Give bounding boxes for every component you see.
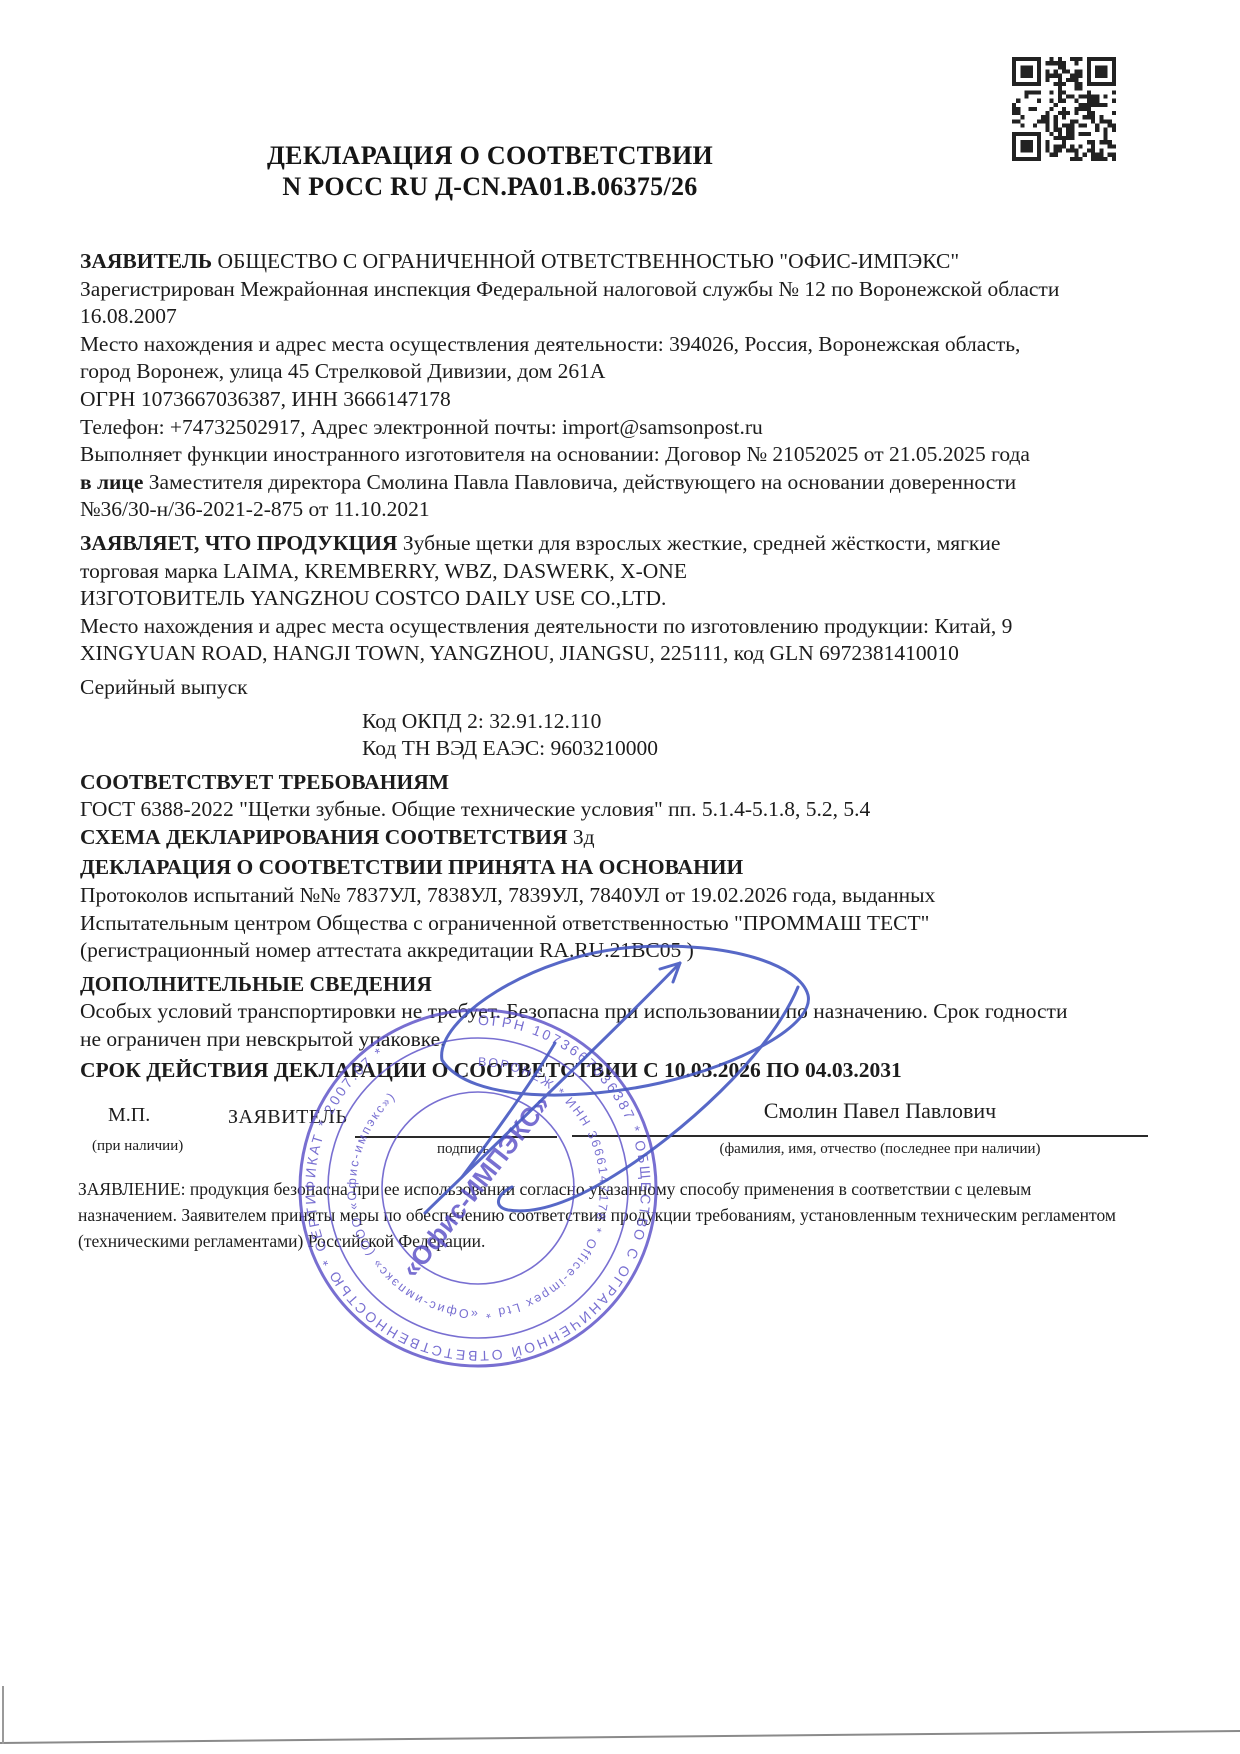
applicant-representative-2: №36/30-н/36-2021-2-875 от 11.10.2021 xyxy=(80,496,1180,524)
basis-heading: ДЕКЛАРАЦИЯ О СООТВЕТСТВИИ ПРИНЯТА НА ОСН… xyxy=(80,854,1180,882)
applicant-foreign-functions: Выполняет функции иностранного изготовит… xyxy=(80,441,1180,469)
applicant-ogrn-inn: ОГРН 1073667036387, ИНН 3666147178 xyxy=(80,386,1180,414)
applicant-label: ЗАЯВИТЕЛЬ xyxy=(80,249,212,273)
product-declares: ЗАЯВЛЯЕТ, ЧТО ПРОДУКЦИЯ Зубные щетки для… xyxy=(80,530,1180,558)
scheme-label: СХЕМА ДЕКЛАРИРОВАНИЯ СООТВЕТСТВИЯ xyxy=(80,825,568,849)
applicant-registration: Зарегистрирован Межрайонная инспекция Фе… xyxy=(80,276,1180,304)
applicant-address-2: город Воронеж, улица 45 Стрелковой Дивиз… xyxy=(80,358,1180,386)
handwritten-signature xyxy=(380,925,880,1245)
applicant-heading: ЗАЯВИТЕЛЬ ОБЩЕСТВО С ОГРАНИЧЕННОЙ ОТВЕТС… xyxy=(80,248,1180,276)
scan-edge-bottom xyxy=(0,1730,1240,1744)
declaration-scheme: СХЕМА ДЕКЛАРИРОВАНИЯ СООТВЕТСТВИЯ 3д xyxy=(80,824,1180,852)
product-description: Зубные щетки для взрослых жесткие, средн… xyxy=(397,531,1000,555)
compliance-heading: СООТВЕТСТВУЕТ ТРЕБОВАНИЯМ xyxy=(80,769,1180,797)
compliance-gost: ГОСТ 6388-2022 "Щетки зубные. Общие техн… xyxy=(80,796,1180,824)
tnved-code: Код ТН ВЭД ЕАЭС: 9603210000 xyxy=(362,735,1180,763)
scheme-value: 3д xyxy=(568,825,595,849)
applicant-reg-date: 16.08.2007 xyxy=(80,303,1180,331)
production-type: Серийный выпуск xyxy=(80,674,1180,702)
title-line1: ДЕКЛАРАЦИЯ О СООТВЕТСТВИИ xyxy=(80,140,900,171)
representative-text: Заместителя директора Смолина Павла Павл… xyxy=(143,470,1016,494)
declares-label: ЗАЯВЛЯЕТ, ЧТО ПРОДУКЦИЯ xyxy=(80,531,397,555)
stamp-place-label: М.П. xyxy=(108,1104,150,1127)
document-title: ДЕКЛАРАЦИЯ О СООТВЕТСТВИИ N РОСС RU Д-CN… xyxy=(80,140,900,202)
representative-label: в лице xyxy=(80,470,143,494)
basis-protocols: Протоколов испытаний №№ 7837УЛ, 7838УЛ, … xyxy=(80,882,1180,910)
applicant-representative-1: в лице Заместителя директора Смолина Пав… xyxy=(80,469,1180,497)
applicant-name: ОБЩЕСТВО С ОГРАНИЧЕННОЙ ОТВЕТСТВЕННОСТЬЮ… xyxy=(212,249,959,273)
manufacturer-address-2: XINGYUAN ROAD, HANGJI TOWN, YANGZHOU, JI… xyxy=(80,640,1180,668)
okpd-code: Код ОКПД 2: 32.91.12.110 xyxy=(362,708,1180,736)
product-brands: торговая марка LAIMA, KREMBERRY, WBZ, DA… xyxy=(80,558,1180,586)
manufacturer: ИЗГОТОВИТЕЛЬ YANGZHOU COSTCO DAILY USE C… xyxy=(80,585,1180,613)
declaration-document: ДЕКЛАРАЦИЯ О СООТВЕТСТВИИ N РОСС RU Д-CN… xyxy=(0,0,1240,1754)
scan-edge-left xyxy=(2,1686,4,1744)
qr-code xyxy=(1012,57,1116,161)
applicant-contacts: Телефон: +74732502917, Адрес электронной… xyxy=(80,414,1180,442)
applicant-address-1: Место нахождения и адрес места осуществл… xyxy=(80,331,1180,359)
manufacturer-address-1: Место нахождения и адрес места осуществл… xyxy=(80,613,1180,641)
stamp-place-note: (при наличии) xyxy=(92,1138,183,1155)
title-number: N РОСС RU Д-CN.РА01.В.06375/26 xyxy=(80,171,900,202)
